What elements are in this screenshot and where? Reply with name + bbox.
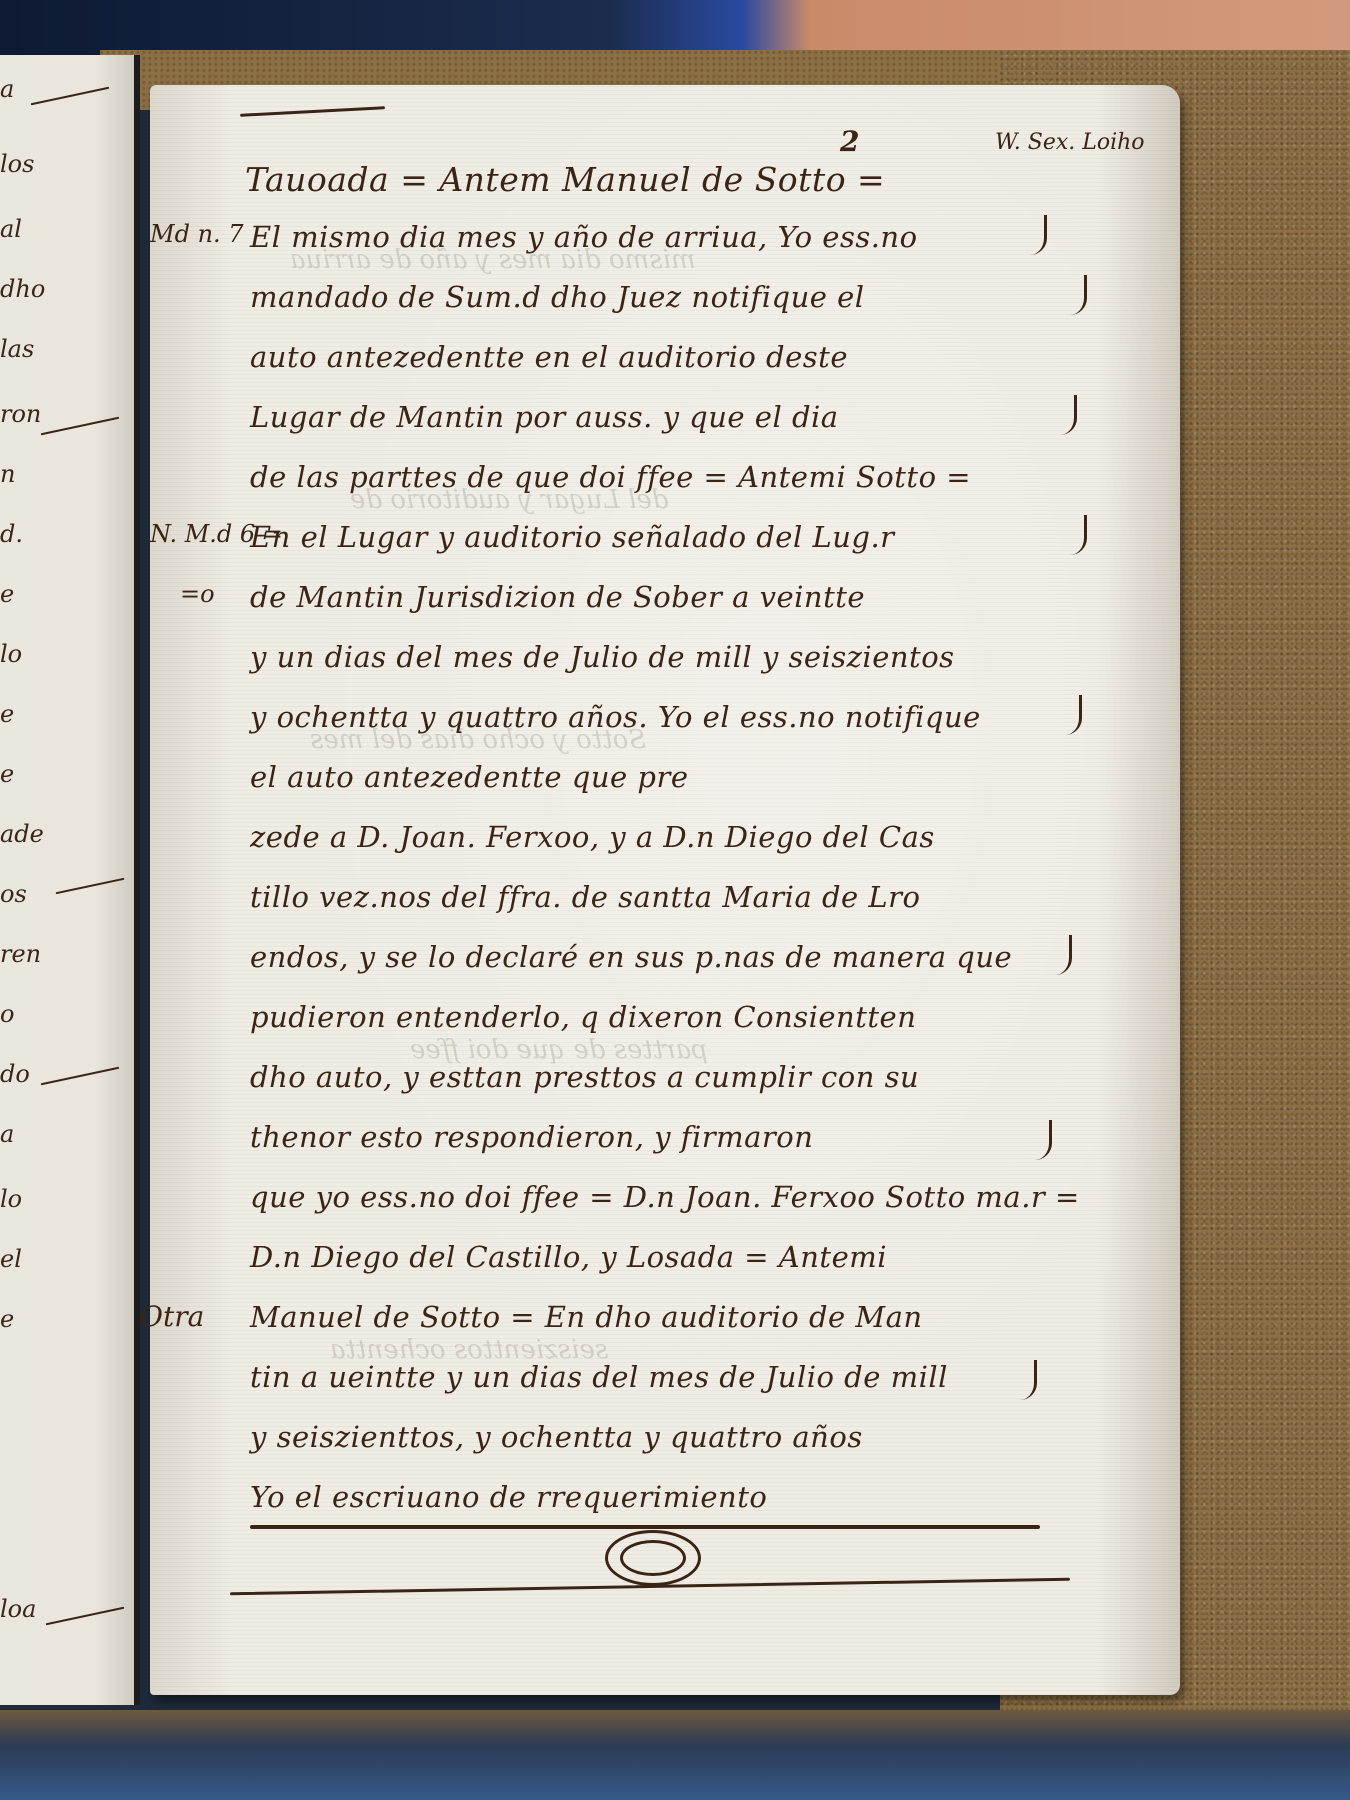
corner-note: W. Sex. Loiho [995, 130, 1145, 155]
heading-overline [240, 106, 385, 117]
signature-rubric [620, 1540, 686, 1576]
text-line: thenor esto respondieron, y firmaron [250, 1120, 813, 1154]
line-end-flourish [1055, 935, 1072, 975]
line-end-swash [41, 1067, 120, 1086]
line-end-flourish [1070, 515, 1087, 555]
text-line: de las parttes de que doi ffee = Antemi … [250, 460, 971, 494]
facing-fragment: o [0, 1000, 14, 1028]
text-line: D.n Diego del Castillo, y Losada = Antem… [250, 1240, 887, 1274]
facing-fragment: las [0, 335, 34, 363]
facing-fragment: n [0, 460, 15, 488]
manuscript-page: mismo dia mes y año de arriua del Lugar … [150, 85, 1180, 1695]
margin-note: =o [180, 580, 215, 608]
facing-fragment: a [0, 75, 14, 103]
line-end-flourish [1030, 215, 1047, 255]
text-line: tin a ueintte y un dias del mes de Julio… [250, 1360, 948, 1394]
text-line: Lugar de Mantin por auss. y que el dia [250, 400, 839, 434]
line-end-flourish [1035, 1120, 1052, 1160]
facing-fragment: ade [0, 820, 44, 848]
closing-rule [250, 1525, 1040, 1529]
margin-note: Otra [140, 1300, 204, 1333]
facing-fragment: e [0, 580, 14, 608]
text-line: El mismo dia mes y año de arriua, Yo ess… [250, 220, 918, 254]
text-line: auto antezedentte en el auditorio deste [250, 340, 848, 374]
line-end-flourish [1060, 395, 1077, 435]
facing-fragment: e [0, 760, 14, 788]
text-line: de Mantin Jurisdizion de Sober a veintte [250, 580, 865, 614]
margin-note: Md n. 7 [150, 220, 244, 248]
facing-fragment: ren [0, 940, 41, 968]
heading-line: Tauoada = Antem Manuel de Sotto = [245, 160, 885, 199]
text-line: el auto antezedentte que pre [250, 760, 688, 794]
text-line: En el Lugar y auditorio señalado del Lug… [250, 520, 895, 554]
text-line: y seiszienttos, y ochentta y quattro año… [250, 1420, 863, 1454]
facing-fragment: loa [0, 1595, 36, 1623]
line-end-swash [46, 1607, 125, 1626]
facing-fragment: a [0, 1120, 14, 1148]
folio-number: 2 [840, 125, 859, 158]
facing-fragment: e [0, 1305, 14, 1333]
line-end-swash [31, 87, 110, 106]
facing-fragment: do [0, 1060, 30, 1088]
text-line: pudieron entenderlo, q dixeron Consientt… [250, 1000, 916, 1034]
facing-fragment: os [0, 880, 27, 908]
facing-fragment: ron [0, 400, 41, 428]
facing-fragment: e [0, 700, 14, 728]
facing-fragment: lo [0, 640, 22, 668]
text-line: Yo el escriuano de rrequerimiento [250, 1480, 767, 1514]
background-floor [0, 1710, 1350, 1800]
line-end-flourish [1020, 1360, 1037, 1400]
facing-fragment: lo [0, 1185, 22, 1213]
line-end-swash [41, 417, 120, 436]
text-line: dho auto, y esttan presttos a cumplir co… [250, 1060, 919, 1094]
text-line: mandado de Sum.d dho Juez notifique el [250, 280, 865, 314]
facing-page: a los al dho las ron n d. e lo e e ade o… [0, 55, 140, 1705]
text-line: tillo vez.nos del ffra. de santta Maria … [250, 880, 920, 914]
line-end-swash [56, 878, 125, 895]
facing-fragment: al [0, 215, 22, 243]
text-line: y ochentta y quattro años. Yo el ess.no … [250, 700, 981, 734]
text-line: endos, y se lo declaré en sus p.nas de m… [250, 940, 1012, 974]
text-line: que yo ess.no doi ffee = D.n Joan. Ferxo… [250, 1180, 1080, 1214]
text-line: Manuel de Sotto = En dho auditorio de Ma… [250, 1300, 923, 1334]
facing-fragment: los [0, 150, 34, 178]
facing-fragment: d. [0, 520, 23, 548]
line-end-flourish [1065, 695, 1082, 735]
text-line: zede a D. Joan. Ferxoo, y a D.n Diego de… [250, 820, 935, 854]
line-end-flourish [1070, 275, 1087, 315]
text-line: y un dias del mes de Julio de mill y sei… [250, 640, 955, 674]
facing-fragment: dho [0, 275, 45, 303]
facing-fragment: el [0, 1245, 22, 1273]
